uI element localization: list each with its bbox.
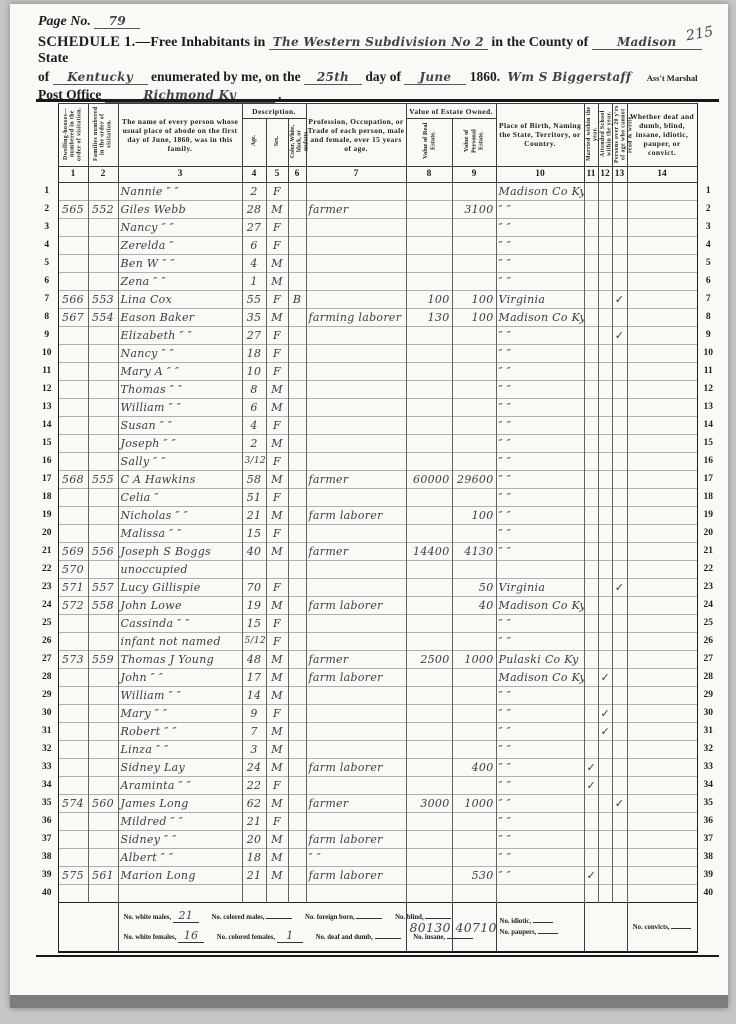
family-number xyxy=(88,884,118,902)
occupation: farmer xyxy=(306,200,406,218)
dwelling-number xyxy=(58,488,88,506)
color xyxy=(288,542,306,560)
sex: M xyxy=(266,686,288,704)
color xyxy=(288,632,306,650)
dwelling-number xyxy=(58,326,88,344)
sex: F xyxy=(266,218,288,236)
real-estate-value: 100 xyxy=(406,290,452,308)
occupation xyxy=(306,380,406,398)
row-number-left: 23 xyxy=(36,578,58,596)
school-mark xyxy=(598,758,612,776)
school-mark xyxy=(598,254,612,272)
real-estate-value xyxy=(406,200,452,218)
remarks xyxy=(627,560,697,578)
sex xyxy=(266,560,288,578)
person-name: Celia ″ xyxy=(118,488,242,506)
occupation xyxy=(306,362,406,380)
illiterate-mark xyxy=(612,542,627,560)
married-mark xyxy=(584,542,598,560)
table-row: 8567554Eason Baker35Mfarming laborer1301… xyxy=(36,308,719,326)
personal-estate-value xyxy=(452,722,496,740)
family-number xyxy=(88,632,118,650)
color xyxy=(288,614,306,632)
family-number: 558 xyxy=(88,596,118,614)
real-estate-value xyxy=(406,704,452,722)
real-estate-value xyxy=(406,596,452,614)
age: 2 xyxy=(242,434,266,452)
row-number-right: 12 xyxy=(697,380,719,398)
school-mark xyxy=(598,578,612,596)
row-number-left: 16 xyxy=(36,452,58,470)
color xyxy=(288,362,306,380)
remarks xyxy=(627,866,697,884)
table-row: 19Nicholas ″ ″21Mfarm laborer100″ ″19 xyxy=(36,506,719,524)
census-table-wrap: Dwelling-houses— numbered in the order o… xyxy=(36,99,719,957)
married-mark xyxy=(584,596,598,614)
person-name: William ″ ″ xyxy=(118,686,242,704)
married-mark xyxy=(584,560,598,578)
married-mark xyxy=(584,506,598,524)
dwelling-number: 568 xyxy=(58,470,88,488)
occupation xyxy=(306,884,406,902)
color xyxy=(288,884,306,902)
personal-estate-value: 100 xyxy=(452,308,496,326)
birthplace: ″ ″ xyxy=(496,254,584,272)
color xyxy=(288,182,306,200)
sex: F xyxy=(266,614,288,632)
dwelling-number: 565 xyxy=(58,200,88,218)
personal-estate-value xyxy=(452,686,496,704)
family-number xyxy=(88,416,118,434)
illiterate-mark xyxy=(612,308,627,326)
personal-estate-value: 530 xyxy=(452,866,496,884)
person-name: John Lowe xyxy=(118,596,242,614)
birthplace: ″ ″ xyxy=(496,488,584,506)
family-number xyxy=(88,758,118,776)
row-number-left: 24 xyxy=(36,596,58,614)
color xyxy=(288,794,306,812)
family-number: 554 xyxy=(88,308,118,326)
color xyxy=(288,380,306,398)
birthplace: Madison Co Ky xyxy=(496,308,584,326)
col-num: 10 xyxy=(496,166,584,182)
age: 62 xyxy=(242,794,266,812)
row-number-right: 16 xyxy=(697,452,719,470)
col-head-name: The name of every person whose usual pla… xyxy=(118,104,242,167)
schedule-title: SCHEDULE 1.— xyxy=(38,34,150,50)
row-number-right: 18 xyxy=(697,488,719,506)
birthplace: ″ ″ xyxy=(496,794,584,812)
married-mark xyxy=(584,344,598,362)
dwelling-number xyxy=(58,848,88,866)
dwelling-number xyxy=(58,758,88,776)
married-mark xyxy=(584,182,598,200)
age: 35 xyxy=(242,308,266,326)
age: 40 xyxy=(242,542,266,560)
sex: M xyxy=(266,758,288,776)
dwelling-number: 566 xyxy=(58,290,88,308)
sex: M xyxy=(266,470,288,488)
person-name: Sidney ″ ″ xyxy=(118,830,242,848)
birthplace: Madison Co Ky xyxy=(496,182,584,200)
real-estate-value xyxy=(406,398,452,416)
row-number-right: 1 xyxy=(697,182,719,200)
occupation xyxy=(306,290,406,308)
birthplace: ″ ″ xyxy=(496,326,584,344)
table-row: 5Ben W ″ ″4M″ ″5 xyxy=(36,254,719,272)
census-table: Dwelling-houses— numbered in the order o… xyxy=(36,103,719,953)
dwelling-number xyxy=(58,686,88,704)
married-mark xyxy=(584,200,598,218)
dwelling-number xyxy=(58,812,88,830)
schedule-rest: Free Inhabitants in xyxy=(150,35,265,50)
remarks xyxy=(627,578,697,596)
row-number-right: 36 xyxy=(697,812,719,830)
col-head-sex: Sex. xyxy=(266,119,288,167)
real-estate-value xyxy=(406,452,452,470)
married-mark xyxy=(584,884,598,902)
dwelling-number: 570 xyxy=(58,560,88,578)
family-number: 556 xyxy=(88,542,118,560)
family-number xyxy=(88,344,118,362)
occupation: farmer xyxy=(306,650,406,668)
remarks xyxy=(627,776,697,794)
occupation xyxy=(306,560,406,578)
remarks xyxy=(627,884,697,902)
school-mark xyxy=(598,506,612,524)
table-row: 12Thomas ″ ″8M″ ″12 xyxy=(36,380,719,398)
occupation: farming laborer xyxy=(306,308,406,326)
person-name: Nancy ″ ″ xyxy=(118,344,242,362)
real-estate-value: 130 xyxy=(406,308,452,326)
age: 20 xyxy=(242,830,266,848)
sex: F xyxy=(266,776,288,794)
table-row: 38Albert ″ ″18M″ ″″ ″38 xyxy=(36,848,719,866)
dwelling-number xyxy=(58,668,88,686)
dwelling-number xyxy=(58,452,88,470)
married-mark xyxy=(584,524,598,542)
color xyxy=(288,560,306,578)
row-number-left: 13 xyxy=(36,398,58,416)
family-number xyxy=(88,398,118,416)
married-mark xyxy=(584,578,598,596)
school-mark xyxy=(598,218,612,236)
table-row: 15Joseph ″ ″2M″ ″15 xyxy=(36,434,719,452)
real-estate-value xyxy=(406,218,452,236)
family-number: 555 xyxy=(88,470,118,488)
school-mark xyxy=(598,560,612,578)
bottom-rule xyxy=(36,955,719,957)
remarks xyxy=(627,668,697,686)
sex: M xyxy=(266,794,288,812)
sex: M xyxy=(266,380,288,398)
enumeration-line: of Kentucky enumerated by me, on the 25t… xyxy=(38,69,710,85)
row-number-left: 17 xyxy=(36,470,58,488)
birthplace xyxy=(496,884,584,902)
real-estate-value xyxy=(406,722,452,740)
married-mark xyxy=(584,848,598,866)
person-name: Albert ″ ″ xyxy=(118,848,242,866)
family-number xyxy=(88,830,118,848)
occupation: farm laborer xyxy=(306,830,406,848)
real-estate-value xyxy=(406,812,452,830)
age: 51 xyxy=(242,488,266,506)
person-name: C A Hawkins xyxy=(118,470,242,488)
row-number-right: 11 xyxy=(697,362,719,380)
real-estate-value xyxy=(406,560,452,578)
age: 70 xyxy=(242,578,266,596)
age: 1 xyxy=(242,272,266,290)
birthplace: ″ ″ xyxy=(496,398,584,416)
person-name: James Long xyxy=(118,794,242,812)
remarks xyxy=(627,830,697,848)
person-name: unoccupied xyxy=(118,560,242,578)
personal-estate-value: 100 xyxy=(452,290,496,308)
person-name: Thomas J Young xyxy=(118,650,242,668)
remarks xyxy=(627,470,697,488)
occupation xyxy=(306,704,406,722)
state-label: State xyxy=(38,51,68,66)
row-number-left: 35 xyxy=(36,794,58,812)
row-number-left: 32 xyxy=(36,740,58,758)
personal-estate-value xyxy=(452,614,496,632)
occupation xyxy=(306,614,406,632)
row-number-right: 21 xyxy=(697,542,719,560)
school-mark xyxy=(598,326,612,344)
occupation xyxy=(306,812,406,830)
married-mark xyxy=(584,470,598,488)
dwelling-number xyxy=(58,434,88,452)
table-row: 35574560James Long62Mfarmer30001000″ ″✓3… xyxy=(36,794,719,812)
table-row: 18Celia ″51F″ ″18 xyxy=(36,488,719,506)
col-num: 5 xyxy=(266,166,288,182)
sex: M xyxy=(266,596,288,614)
table-head: Dwelling-houses— numbered in the order o… xyxy=(36,104,719,183)
personal-estate-value: 1000 xyxy=(452,794,496,812)
person-name: Nancy ″ ″ xyxy=(118,218,242,236)
personal-estate-value xyxy=(452,434,496,452)
col-num: 6 xyxy=(288,166,306,182)
illiterate-mark xyxy=(612,632,627,650)
row-number-right: 29 xyxy=(697,686,719,704)
real-estate-value xyxy=(406,272,452,290)
birthplace: ″ ″ xyxy=(496,434,584,452)
illiterate-mark xyxy=(612,758,627,776)
row-number-right: 34 xyxy=(697,776,719,794)
col-num: 4 xyxy=(242,166,266,182)
page-number-line: Page No. 79 xyxy=(38,14,710,30)
row-number-right: 19 xyxy=(697,506,719,524)
married-mark xyxy=(584,398,598,416)
tally-line-1: No. white males, 21 No. colored males, N… xyxy=(124,909,403,923)
col-num: 7 xyxy=(306,166,406,182)
person-name: Joseph ″ ″ xyxy=(118,434,242,452)
row-number-left: 33 xyxy=(36,758,58,776)
family-number xyxy=(88,524,118,542)
married-mark: ✓ xyxy=(584,866,598,884)
table-row: 4Zerelda ″6F″ ″4 xyxy=(36,236,719,254)
age: 21 xyxy=(242,812,266,830)
personal-estate-value xyxy=(452,704,496,722)
real-estate-value: 60000 xyxy=(406,470,452,488)
birthplace: Virginia xyxy=(496,290,584,308)
row-number-right: 2 xyxy=(697,200,719,218)
sex: F xyxy=(266,290,288,308)
occupation xyxy=(306,398,406,416)
birthplace: ″ ″ xyxy=(496,632,584,650)
person-name: Zena ″ ″ xyxy=(118,272,242,290)
col-num: 1 xyxy=(58,166,88,182)
row-number-left: 36 xyxy=(36,812,58,830)
married-mark xyxy=(584,380,598,398)
row-number-right: 5 xyxy=(697,254,719,272)
real-estate-value xyxy=(406,416,452,434)
sex: F xyxy=(266,632,288,650)
personal-estate-value xyxy=(452,830,496,848)
real-estate-value xyxy=(406,848,452,866)
age: 21 xyxy=(242,506,266,524)
color xyxy=(288,776,306,794)
table-row: 31Robert ″ ″7M″ ″✓31 xyxy=(36,722,719,740)
birthplace: ″ ″ xyxy=(496,524,584,542)
age: 15 xyxy=(242,524,266,542)
school-mark xyxy=(598,452,612,470)
row-number-left: 3 xyxy=(36,218,58,236)
age: 18 xyxy=(242,848,266,866)
remarks xyxy=(627,434,697,452)
table-row: 29William ″ ″14M″ ″29 xyxy=(36,686,719,704)
row-number-left: 2 xyxy=(36,200,58,218)
illiterate-mark xyxy=(612,200,627,218)
row-number-right: 40 xyxy=(697,884,719,902)
row-number-left: 34 xyxy=(36,776,58,794)
dwelling-number: 574 xyxy=(58,794,88,812)
married-mark xyxy=(584,740,598,758)
personal-estate-value: 3100 xyxy=(452,200,496,218)
row-number-left: 19 xyxy=(36,506,58,524)
row-number-right: 38 xyxy=(697,848,719,866)
sex: F xyxy=(266,236,288,254)
birthplace: ″ ″ xyxy=(496,362,584,380)
remarks xyxy=(627,254,697,272)
personal-estate-value xyxy=(452,524,496,542)
sex: M xyxy=(266,308,288,326)
table-row: 17568555C A Hawkins58Mfarmer6000029600″ … xyxy=(36,470,719,488)
row-number-right: 20 xyxy=(697,524,719,542)
real-estate-value xyxy=(406,758,452,776)
dwelling-number: 569 xyxy=(58,542,88,560)
paupers-label: No. paupers, xyxy=(500,929,537,936)
personal-estate-value xyxy=(452,398,496,416)
row-number-right: 33 xyxy=(697,758,719,776)
age: 24 xyxy=(242,758,266,776)
row-number-right: 3 xyxy=(697,218,719,236)
real-estate-value xyxy=(406,668,452,686)
personal-estate-value xyxy=(452,452,496,470)
illiterate-mark xyxy=(612,272,627,290)
row-number-right: 22 xyxy=(697,560,719,578)
white-females-count: 16 xyxy=(184,929,199,942)
birthplace: ″ ″ xyxy=(496,236,584,254)
row-number-left: 40 xyxy=(36,884,58,902)
occupation: farm laborer xyxy=(306,596,406,614)
row-number-right: 6 xyxy=(697,272,719,290)
sex: F xyxy=(266,704,288,722)
school-mark xyxy=(598,236,612,254)
real-estate-value xyxy=(406,380,452,398)
illiterate-mark xyxy=(612,614,627,632)
illiterate-mark: ✓ xyxy=(612,290,627,308)
birthplace xyxy=(496,560,584,578)
real-estate-value: 14400 xyxy=(406,542,452,560)
state-value: Kentucky xyxy=(53,70,148,85)
remarks xyxy=(627,740,697,758)
color xyxy=(288,830,306,848)
county-label: in the County of xyxy=(491,35,588,50)
school-mark xyxy=(598,200,612,218)
school-mark: ✓ xyxy=(598,668,612,686)
white-males-count: 21 xyxy=(178,909,193,922)
real-estate-value xyxy=(406,506,452,524)
col-num: 13 xyxy=(612,166,627,182)
family-number xyxy=(88,452,118,470)
person-name: Mildred ″ ″ xyxy=(118,812,242,830)
column-number-row: 1 2 3 4 5 6 7 8 9 10 11 12 13 14 xyxy=(36,166,719,182)
table-row: 27573559Thomas J Young48Mfarmer25001000P… xyxy=(36,650,719,668)
birthplace: Madison Co Ky xyxy=(496,668,584,686)
school-mark xyxy=(598,884,612,902)
day-of-label: day of xyxy=(365,69,401,84)
person-name: Araminta ″ ″ xyxy=(118,776,242,794)
real-estate-value xyxy=(406,686,452,704)
row-number-left: 31 xyxy=(36,722,58,740)
real-estate-value xyxy=(406,524,452,542)
col-num: 14 xyxy=(627,166,697,182)
remarks xyxy=(627,362,697,380)
remarks xyxy=(627,290,697,308)
birthplace: ″ ″ xyxy=(496,740,584,758)
table-row: 25Cassinda ″ ″15F″ ″25 xyxy=(36,614,719,632)
row-number-right: 9 xyxy=(697,326,719,344)
sex xyxy=(266,884,288,902)
occupation xyxy=(306,578,406,596)
illiterate-mark xyxy=(612,362,627,380)
illiterate-mark xyxy=(612,218,627,236)
occupation xyxy=(306,434,406,452)
color xyxy=(288,506,306,524)
table-row: 1Nannie ″ ″2FMadison Co Ky1 xyxy=(36,182,719,200)
table-row: 37Sidney ″ ″20Mfarm laborer″ ″37 xyxy=(36,830,719,848)
idiotic-label: No. idiotic, xyxy=(500,918,532,925)
birthplace: ″ ″ xyxy=(496,542,584,560)
real-estate-value xyxy=(406,434,452,452)
married-mark xyxy=(584,254,598,272)
row-number-right: 26 xyxy=(697,632,719,650)
family-number xyxy=(88,560,118,578)
foot-tallies: No. white males, 21 No. colored males, N… xyxy=(118,902,406,952)
school-mark xyxy=(598,866,612,884)
personal-estate-value xyxy=(452,416,496,434)
person-name xyxy=(118,884,242,902)
real-estate-value xyxy=(406,830,452,848)
remarks xyxy=(627,218,697,236)
family-number xyxy=(88,506,118,524)
table-footer: No. white males, 21 No. colored males, N… xyxy=(36,902,719,952)
birthplace: ″ ″ xyxy=(496,812,584,830)
age: 8 xyxy=(242,380,266,398)
color xyxy=(288,308,306,326)
row-number-left: 15 xyxy=(36,434,58,452)
